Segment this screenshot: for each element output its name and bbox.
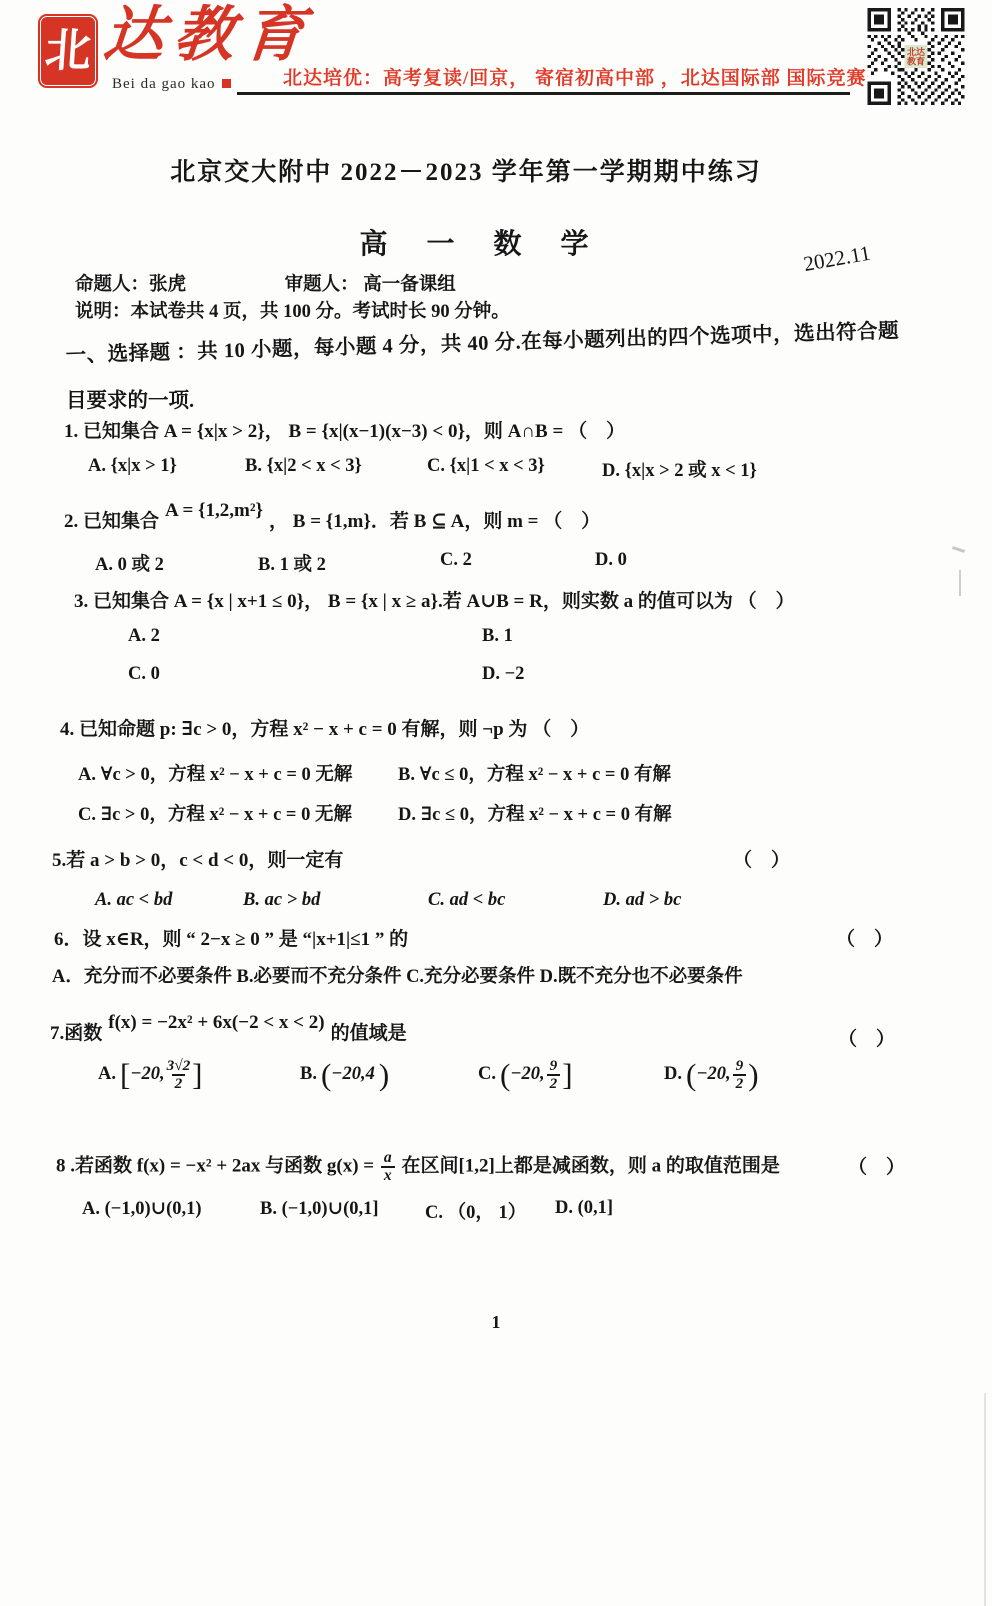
- red-square-icon: [222, 79, 231, 88]
- option: A. (−1,0)∪(0,1): [82, 1198, 260, 1224]
- scan-artifact: [952, 546, 965, 553]
- question-3-options: A. 2 B. 1 C. 0 D. −2: [128, 626, 524, 685]
- raised-formula: f(x) = −2x² + 6x(−2 < x < 2): [108, 1012, 324, 1034]
- fraction: 92: [733, 1058, 747, 1092]
- section-heading-line2: 目要求的一项.: [66, 383, 194, 413]
- option: B. {x|2 < x < 3}: [245, 456, 427, 482]
- exam-people: 命题人：张虎 审题人： 高一备课组: [75, 270, 456, 296]
- option: C. ∃c > 0，方程 x² − x + c = 0 无解: [78, 800, 398, 826]
- option: D. (0,1]: [555, 1198, 613, 1224]
- raised-formula: A = {1,2,m²}: [165, 500, 263, 522]
- fraction: 3√22: [167, 1058, 190, 1092]
- option: B.(−20,4): [300, 1061, 478, 1089]
- option: C. 0: [128, 664, 482, 685]
- option: A. ac < bd: [95, 890, 243, 911]
- brand-slogan: 北达培优：高考复读/回京， 寄宿初高中部 ，北达国际部 国际竞赛部: [283, 63, 887, 90]
- question-6-options: A．充分而不必要条件 B.必要而不充分条件 C.充分必要条件 D.既不充分也不必…: [52, 962, 743, 988]
- qr-code: 北达 教育: [866, 8, 966, 105]
- question-1-options: A. {x|x > 1} B. {x|2 < x < 3} C. {x|1 < …: [88, 456, 757, 482]
- option: A. {x|x > 1}: [88, 456, 245, 482]
- option: D. {x|x > 2 或 x < 1}: [602, 456, 757, 482]
- qr-center-label-2: 教育: [906, 56, 925, 67]
- option: C. ad < bc: [428, 890, 603, 911]
- option: D. ∃c ≤ 0，方程 x² − x + c = 0 有解: [398, 800, 672, 826]
- stamp-character: 北: [43, 28, 92, 74]
- question-1-stem: 1. 已知集合 A = {x|x > 2}， B = {x|(x−1)(x−3)…: [64, 416, 625, 443]
- option: C.(−20,92]: [478, 1058, 664, 1092]
- question-4-stem: 4. 已知命题 p: ∃c > 0，方程 x² − x + c = 0 有解，则…: [60, 714, 589, 741]
- question-8-stem: 8 .若函数 f(x) = −x² + 2ax 与函数 g(x) = ax 在区…: [56, 1150, 966, 1185]
- answer-blank: （ ）: [848, 1152, 905, 1179]
- question-5-options: A. ac < bd B. ac > bd C. ad < bc D. ad >…: [95, 890, 681, 911]
- brand-stamp-logo: 北: [38, 14, 98, 88]
- question-3-stem: 3. 已知集合 A = {x | x+1 ≤ 0}， B = {x | x ≥ …: [74, 586, 795, 613]
- question-7-options: A.[−20,3√22] B.(−20,4) C.(−20,92] D.(−20…: [98, 1058, 759, 1092]
- option: C. {x|1 < x < 3}: [427, 456, 602, 482]
- question-8-options: A. (−1,0)∪(0,1) B. (−1,0)∪(0,1] C. （0， 1…: [82, 1198, 613, 1224]
- option: D.(−20,92): [664, 1058, 759, 1092]
- proposer: 命题人：张虎: [75, 270, 280, 296]
- scan-artifact: [959, 570, 961, 596]
- option: A. 2: [128, 626, 482, 647]
- option: C. （0， 1）: [425, 1198, 555, 1224]
- option: A.[−20,3√22]: [98, 1058, 300, 1092]
- option: B. 1 或 2: [258, 550, 440, 576]
- exam-note: 说明：本试卷共 4 页，共 100 分。考试时长 90 分钟。: [75, 297, 510, 323]
- option: A. 0 或 2: [95, 550, 258, 576]
- question-2-options: A. 0 或 2 B. 1 或 2 C. 2 D. 0: [95, 550, 627, 576]
- option: D. ad > bc: [603, 890, 681, 911]
- option: B. ac > bd: [243, 890, 428, 911]
- answer-blank: （ ）: [733, 845, 790, 872]
- answer-blank: （ ）: [543, 511, 600, 532]
- question-6-stem: 6．设 x∈R，则 “ 2−x ≥ 0 ” 是 “|x+1|≤1 ” 的 （ ）: [54, 924, 954, 951]
- question-4-options-row2: C. ∃c > 0，方程 x² − x + c = 0 无解 D. ∃c ≤ 0…: [78, 800, 672, 826]
- reviewer: 审题人： 高一备课组: [285, 275, 456, 295]
- option: A. ∀c > 0，方程 x² − x + c = 0 无解: [78, 760, 398, 786]
- answer-blank: （ ）: [838, 1024, 895, 1051]
- question-5-stem: 5.若 a > b > 0，c < d < 0，则一定有 （ ）: [52, 845, 932, 872]
- header-divider: [237, 92, 850, 95]
- qr-center-label-1: 北达: [907, 46, 925, 57]
- option: B. 1: [482, 626, 524, 647]
- option: D. 0: [595, 550, 627, 576]
- question-7-stem: 7.函数f(x) = −2x² + 6x(−2 < x < 2)的值域是 （ ）: [50, 1018, 950, 1045]
- brand-pinyin: Bei da gao kao: [112, 76, 231, 93]
- brand-wordmark: 达教育: [101, 2, 317, 68]
- option: D. −2: [482, 664, 524, 685]
- answer-blank: （ ）: [738, 591, 795, 612]
- fraction: 92: [547, 1058, 561, 1092]
- question-4-options-row1: A. ∀c > 0，方程 x² − x + c = 0 无解 B. ∀c ≤ 0…: [78, 760, 671, 786]
- answer-blank: （ ）: [836, 924, 893, 951]
- scan-artifact: [984, 1393, 986, 1606]
- page-number: 1: [0, 1312, 992, 1333]
- answer-blank: （ ）: [568, 421, 625, 442]
- question-2-stem: 2. 已知集合A = {1,2,m²}， B = {1,m}．若 B ⊆ A，则…: [64, 506, 600, 533]
- fraction: ax: [381, 1150, 395, 1185]
- answer-blank: （ ）: [532, 719, 589, 740]
- exam-page: 北 达教育 Bei da gao kao 北达培优：高考复读/回京， 寄宿初高中…: [0, 0, 992, 1606]
- option: C. 2: [440, 550, 595, 576]
- exam-title: 北京交大附中 2022－2023 学年第一学期期中练习: [0, 152, 932, 188]
- option: B. ∀c ≤ 0，方程 x² − x + c = 0 有解: [398, 760, 671, 786]
- option: B. (−1,0)∪(0,1]: [260, 1198, 425, 1224]
